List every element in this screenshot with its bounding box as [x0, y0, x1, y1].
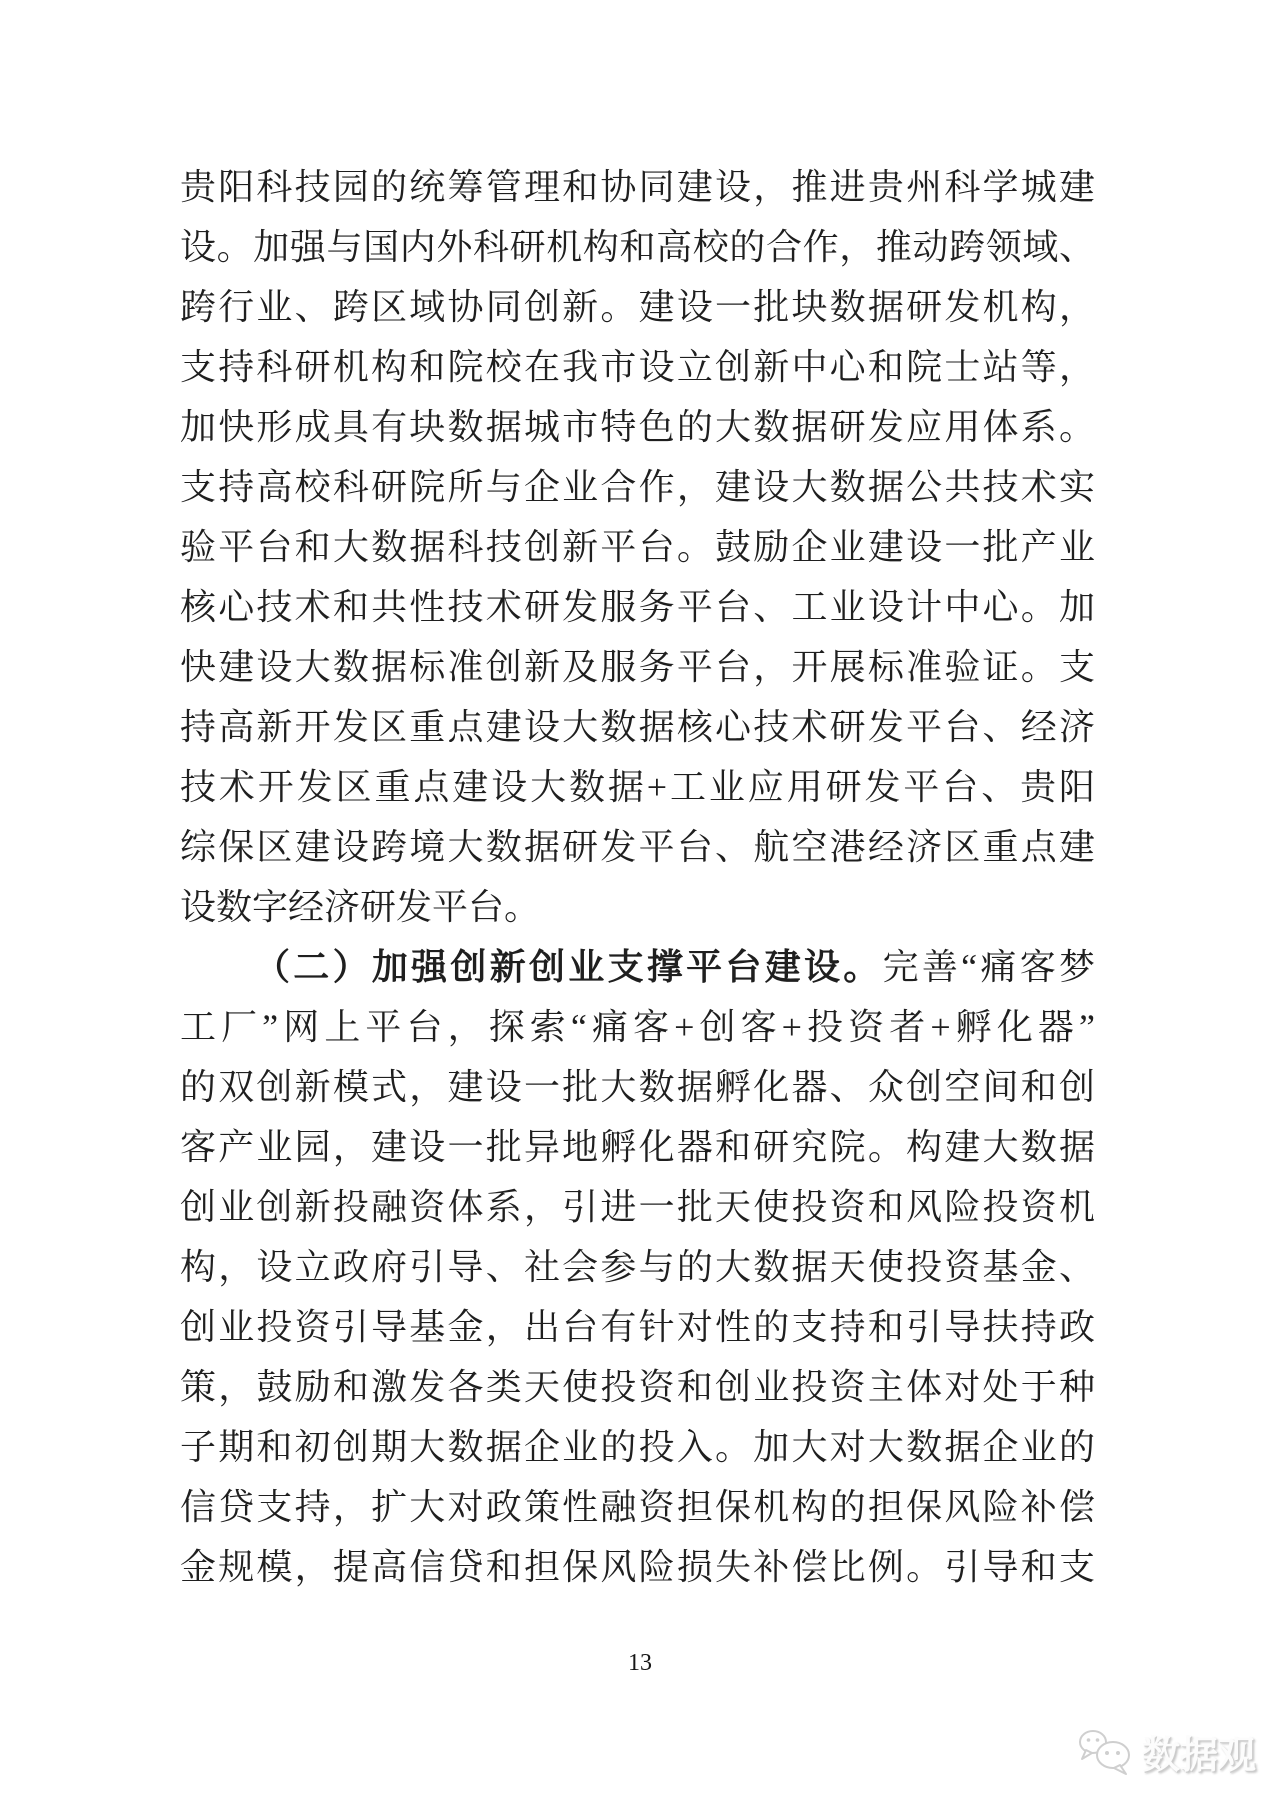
body-line: 支持科研机构和院校在我市设立创新中心和院士站等， — [180, 337, 1095, 397]
body-line: 技术开发区重点建设大数据+工业应用研发平台、贵阳 — [180, 757, 1095, 817]
body-line: 设数字经济研发平台。 — [180, 877, 1095, 937]
section-heading: （二）加强创新创业支撑平台建设。 — [254, 947, 883, 987]
body-line: 贵阳科技园的统筹管理和协同建设，推进贵州科学城建 — [180, 157, 1095, 217]
body-line: 快建设大数据标准创新及服务平台，开展标准验证。支 — [180, 637, 1095, 697]
body-line: 工厂”网上平台，探索“痛客+创客+投资者+孵化器” — [180, 997, 1095, 1057]
body-line: 子期和初创期大数据企业的投入。加大对大数据企业的 — [180, 1417, 1095, 1477]
body-line: 的双创新模式，建设一批大数据孵化器、众创空间和创 — [180, 1057, 1095, 1117]
body-line: 跨行业、跨区域协同创新。建设一批块数据研发机构， — [180, 277, 1095, 337]
paragraph-2: （二）加强创新创业支撑平台建设。完善“痛客梦 工厂”网上平台，探索“痛客+创客+… — [180, 937, 1095, 1597]
watermark-label: 数据观 — [1142, 1724, 1256, 1779]
watermark: 数据观 — [1076, 1724, 1256, 1779]
page-number: 13 — [0, 1648, 1280, 1678]
body-line: 策，鼓励和激发各类天使投资和创业投资主体对处于种 — [180, 1357, 1095, 1417]
body-line: 创业创新投融资体系，引进一批天使投资和风险投资机 — [180, 1177, 1095, 1237]
document-page: 贵阳科技园的统筹管理和协同建设，推进贵州科学城建 设。加强与国内外科研机构和高校… — [0, 0, 1280, 1809]
body-line: 构，设立政府引导、社会参与的大数据天使投资基金、 — [180, 1237, 1095, 1297]
body-line: 支持高校科研院所与企业合作，建设大数据公共技术实 — [180, 457, 1095, 517]
body-line: 信贷支持，扩大对政策性融资担保机构的担保风险补偿 — [180, 1477, 1095, 1537]
body-line: 加快形成具有块数据城市特色的大数据研发应用体系。 — [180, 397, 1095, 457]
body-line: 创业投资引导基金，出台有针对性的支持和引导扶持政 — [180, 1297, 1095, 1357]
text-block: 贵阳科技园的统筹管理和协同建设，推进贵州科学城建 设。加强与国内外科研机构和高校… — [180, 157, 1095, 1597]
body-line: 设。加强与国内外科研机构和高校的合作，推动跨领域、 — [180, 217, 1095, 277]
heading-continuation-text: 完善“痛客梦 — [883, 947, 1095, 987]
body-line: 金规模，提高信贷和担保风险损失补偿比例。引导和支 — [180, 1537, 1095, 1597]
body-line: 客产业园，建设一批异地孵化器和研究院。构建大数据 — [180, 1117, 1095, 1177]
body-line: 综保区建设跨境大数据研发平台、航空港经济区重点建 — [180, 817, 1095, 877]
body-line: 持高新开发区重点建设大数据核心技术研发平台、经济 — [180, 697, 1095, 757]
body-line: 核心技术和共性技术研发服务平台、工业设计中心。加 — [180, 577, 1095, 637]
paragraph-1: 贵阳科技园的统筹管理和协同建设，推进贵州科学城建 设。加强与国内外科研机构和高校… — [180, 157, 1095, 937]
wechat-icon — [1076, 1728, 1134, 1776]
body-line: 验平台和大数据科技创新平台。鼓励企业建设一批产业 — [180, 517, 1095, 577]
section-heading-line: （二）加强创新创业支撑平台建设。完善“痛客梦 — [180, 937, 1095, 997]
